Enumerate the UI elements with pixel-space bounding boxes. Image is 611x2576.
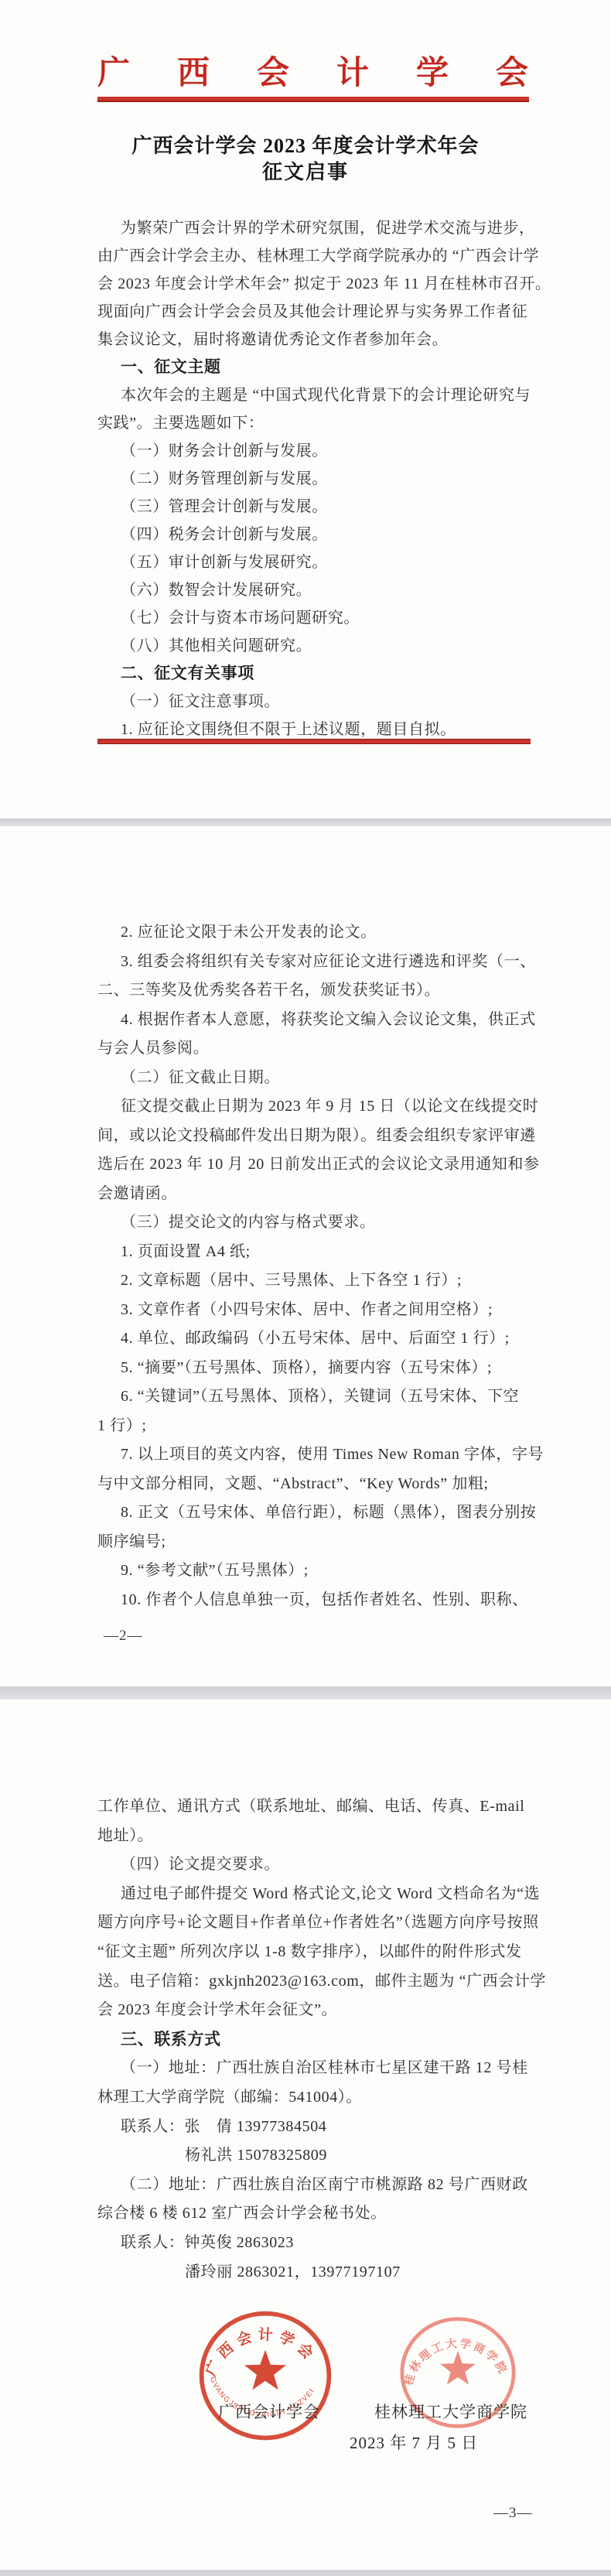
page-1: 广西会计学会 广西会计学会 2023 年度会计学术年会 征文启事 为繁荣广西会计… [0,0,611,818]
text-line: 选后在 2023 年 10 月 20 日前发出正式的会议论文录用通知和参 [97,1150,562,1180]
text-line: 现面向广西会计学会会员及其他会计理论界与实务界工作者征 [97,298,562,326]
text-line: 5. “摘要”（五号黑体、顶格），摘要内容（五号宋体）; [97,1354,562,1383]
text-line: 会邀请函。 [97,1180,562,1209]
text-line: 4. 根据作者本人意愿，将获奖论文编入会议论文集，供正式 [97,1006,562,1035]
document-title-line1: 广西会计学会 2023 年度会计学术年会 [0,133,611,159]
page3-body: 工作单位、通讯方式（联系地址、邮编、电话、传真、E-mail地址）。（四）论文提… [97,1792,562,2287]
text-line: 二、三等奖及优秀奖各若干名，颁发获奖证书）。 [97,976,562,1006]
text-line: 联系人：钟英俊 2863023 [97,2229,562,2258]
text-line: 4. 单位、邮政编码（小五号宋体、居中、后面空 1 行）; [97,1324,562,1354]
text-line: 顺序编号; [97,1528,562,1557]
text-line: 实践”。主要选题如下： [97,409,562,437]
letterhead-rule [97,97,529,102]
text-line: 与中文部分相同，文题、“Abstract”、“Key Words” 加粗; [97,1470,562,1499]
text-line: （五）审计创新与发展研究。 [97,548,562,576]
scan-bottom-edge [0,2570,611,2576]
page-divider-2 [0,1686,611,1700]
text-line: 集会议论文，届时将邀请优秀论文作者参加年会。 [97,326,562,354]
page-2: 2. 应征论文限于未公开发表的论文。3. 组委会将组织有关专家对应征论文进行遴选… [0,826,611,1686]
text-line: （二）财务管理创新与发展。 [97,465,562,493]
text-line: （六）数智会计发展研究。 [97,576,562,604]
text-line: 通过电子邮件提交 Word 格式论文,论文 Word 文档命名为“选 [97,1880,562,1909]
text-line: 9. “参考文献”（五号黑体）; [97,1556,562,1586]
text-line: （三）管理会计创新与发展。 [97,493,562,521]
star-icon [440,2351,476,2384]
text-line: 会 2023 年度会计学术年会” 拟定于 2023 年 11 月在桂林市召开。 [97,270,562,298]
letterhead-char: 会 [257,57,289,90]
letterhead-char: 广 [97,57,130,90]
text-line: 题方向序号+论文题目+作者单位+作者姓名”（选题方向序号按照 [97,1908,562,1938]
document-title-line2: 征文启事 [0,159,611,186]
page1-bottom-red-rule [97,739,531,744]
letterhead-title: 广西会计学会 [97,57,528,90]
signature-org-left: 广西会计学会 [218,2400,320,2423]
text-line: 三、联系方式 [97,2025,562,2055]
text-line: 送。电子信箱：gxkjnh2023@163.com，邮件主题为 “广西会计学 [97,1967,562,1997]
page-number-3: —3— [493,2505,533,2522]
text-line: 一、征文主题 [97,354,562,381]
text-line: 3. 组委会将组织有关专家对应征论文进行遴选和评奖（一、 [97,948,562,977]
text-line: 地址）。 [97,1822,562,1851]
text-line: 8. 正文（五号宋体、单倍行距），标题（黑体），图表分别按 [97,1498,562,1528]
text-line: “征文主题” 所列次序以 1-8 数字排序），以邮件的附件形式发 [97,1938,562,1967]
signature-org-right: 桂林理工大学商学院 [374,2400,527,2423]
text-line: （一）地址：广西壮族自治区桂林市七星区建干路 12 号桂 [97,2054,562,2083]
page-divider-1 [0,818,611,826]
text-line: 3. 文章作者（小四号宋体、居中、作者之间用空格）; [97,1296,562,1325]
text-line: （二）地址：广西壮族自治区南宁市桃源路 82 号广西财政 [97,2171,562,2200]
text-line: 潘玲丽 2863021，13977197107 [97,2258,562,2287]
text-line: 1. 页面设置 A4 纸; [97,1238,562,1267]
text-line: （二）征文截止日期。 [97,1064,562,1093]
text-line: （一）征文注意事项。 [97,688,562,716]
text-line: 会 2023 年度会计学术年会征文”。 [97,1996,562,2025]
text-line: 与会人员参阅。 [97,1034,562,1064]
text-line: 为繁荣广西会计界的学术研究氛围，促进学术交流与进步， [97,214,562,242]
text-line: 征文提交截止日期为 2023 年 9 月 15 日（以论文在线提交时 [97,1092,562,1122]
letterhead-char: 西 [177,57,210,90]
document-date: 2023 年 7 月 5 日 [350,2431,478,2454]
page1-body: 为繁荣广西会计界的学术研究氛围，促进学术交流与进步，由广西会计学会主办、桂林理工… [97,214,562,743]
text-line: 2. 文章标题（居中、三号黑体、上下各空 1 行）; [97,1266,562,1296]
page-number-2: —2— [104,1628,143,1645]
text-line: 7. 以上项目的英文内容，使用 Times New Roman 字体，字号 [97,1440,562,1470]
star-icon [244,2350,286,2390]
text-line: 联系人：张 倩 13977384504 [97,2113,562,2142]
text-line: （八）其他相关问题研究。 [97,632,562,660]
text-line: （三）提交论文的内容与格式要求。 [97,1208,562,1238]
text-line: 本次年会的主题是 “中国式现代化背景下的会计理论研究与 [97,381,562,409]
text-line: 林理工大学商学院（邮编：541004）。 [97,2083,562,2113]
letterhead-char: 学 [416,57,449,90]
text-line: 1 行）; [97,1412,562,1441]
text-line: 工作单位、通讯方式（联系地址、邮编、电话、传真、E-mail [97,1792,562,1822]
letterhead-char: 计 [336,57,369,90]
official-seal-guangxi-accounting-society: 广西会计学会 GVANGJSIH GVAIGIH YOZVEI [195,2308,336,2445]
text-line: 10. 作者个人信息单独一页，包括作者姓名、性别、职称、 [97,1586,562,1615]
text-line: 杨礼洪 15078325809 [97,2141,562,2171]
page2-body: 2. 应征论文限于未公开发表的论文。3. 组委会将组织有关专家对应征论文进行遴选… [97,918,562,1614]
letterhead-char: 会 [496,57,528,90]
text-line: 间，或以论文投稿邮件发出日期为限）。组委会组织专家评审遴 [97,1122,562,1151]
text-line: （七）会计与资本市场问题研究。 [97,604,562,632]
text-line: （四）税务会计创新与发展。 [97,521,562,548]
text-line: 2. 应征论文限于未公开发表的论文。 [97,918,562,948]
text-line: 综合楼 6 楼 612 室广西会计学会秘书处。 [97,2199,562,2229]
page-3: 工作单位、通讯方式（联系地址、邮编、电话、传真、E-mail地址）。（四）论文提… [0,1700,611,2570]
text-line: 二、征文有关事项 [97,660,562,688]
text-line: （一）财务会计创新与发展。 [97,437,562,465]
text-line: 由广西会计学会主办、桂林理工大学商学院承办的 “广西会计学 [97,242,562,270]
text-line: （四）论文提交要求。 [97,1850,562,1880]
text-line: 6. “关键词”（五号黑体、顶格），关键词（五号宋体、下空 [97,1382,562,1412]
